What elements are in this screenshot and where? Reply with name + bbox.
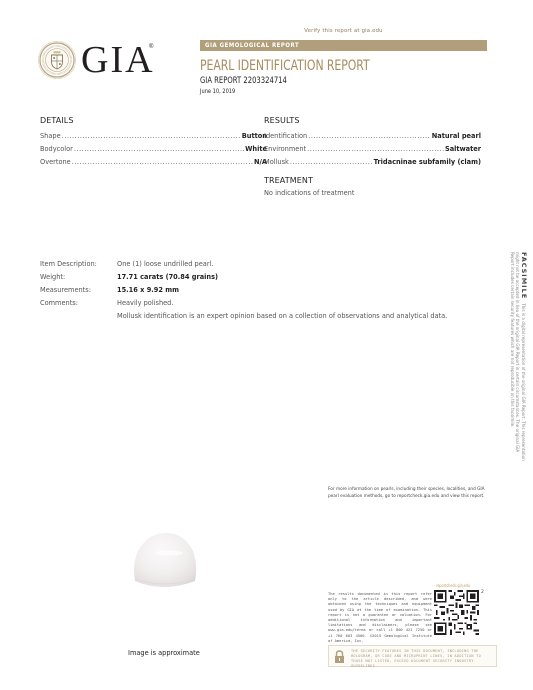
lock-icon [334,650,345,663]
result-row-mollusk: Mollusk Tridacninae subfamily (clam) [264,156,481,169]
facsimile-title: FACSIMILE [520,252,528,299]
gia-logo-wordmark: GIA [81,40,155,80]
image-caption: Image is approximate [128,649,200,658]
security-text: THE SECURITY FEATURES IN THIS DOCUMENT, … [351,649,494,669]
treatment-text: No indications of treatment [264,189,354,198]
info-value: 15.16 x 9.92 mm [117,286,179,295]
report-date: June 10, 2019 [200,88,235,96]
info-value: Heavily polished. [117,299,173,308]
detail-label: Overtone [40,156,71,169]
disclaimer-text: The results documented in this report re… [328,592,432,644]
result-row-identification: Identification Natural pearl [264,130,481,143]
result-row-environment: Environment Saltwater [264,143,481,156]
results-section: RESULTS Identification Natural pearl Env… [264,116,481,169]
detail-row-overtone: Overtone N/A [40,156,267,169]
facsimile-notice: FACSIMILEThis is a digital representatio… [486,252,526,462]
reportcheck-link[interactable]: reportcheck.gia.edu [436,583,470,588]
result-label: Identification [264,130,307,143]
detail-row-bodycolor: Bodycolor White [40,143,267,156]
dot-leader [290,156,373,169]
registered-mark: ® [149,44,153,50]
details-heading: DETAILS [40,116,267,126]
info-label: Measurements: [40,286,91,295]
result-value: Tridacninae subfamily (clam) [374,156,481,169]
result-label: Environment [264,143,306,156]
qr-code-icon[interactable] [434,590,479,635]
dot-leader [62,130,241,143]
info-label: Weight: [40,273,65,282]
result-value: Natural pearl [432,130,481,143]
treatment-heading: TREATMENT [264,176,313,186]
info-comment-note: Mollusk identification is an expert opin… [117,312,447,321]
details-section: DETAILS Shape Button Bodycolor White Ove… [40,116,267,169]
gia-seal-logo-icon [38,41,76,79]
result-value: Saltwater [445,143,481,156]
info-label: Item Description: [40,260,97,269]
verify-link[interactable]: Verify this report at gia.edu [200,28,487,34]
detail-label: Shape [40,130,61,143]
dot-leader [308,130,431,143]
result-label: Mollusk [264,156,289,169]
pearl-image [131,531,199,589]
security-notice: THE SECURITY FEATURES IN THIS DOCUMENT, … [328,645,497,667]
info-value: 17.71 carats (70.84 grains) [117,273,218,282]
detail-label: Bodycolor [40,143,73,156]
detail-row-shape: Shape Button [40,130,267,143]
dot-leader [74,143,244,156]
qr-index: 2 [481,590,484,595]
banner-label: GIA GEMOLOGICAL REPORT [205,42,299,50]
more-info-text: For more information on pearls, includin… [328,486,494,500]
report-number: GIA REPORT 2203324714 [200,76,287,87]
dot-leader [72,156,253,169]
info-label: Comments: [40,299,78,308]
dot-leader [307,143,444,156]
results-heading: RESULTS [264,116,481,126]
info-value: One (1) loose undrilled pearl. [117,260,213,269]
report-title: PEARL IDENTIFICATION REPORT [200,57,370,75]
